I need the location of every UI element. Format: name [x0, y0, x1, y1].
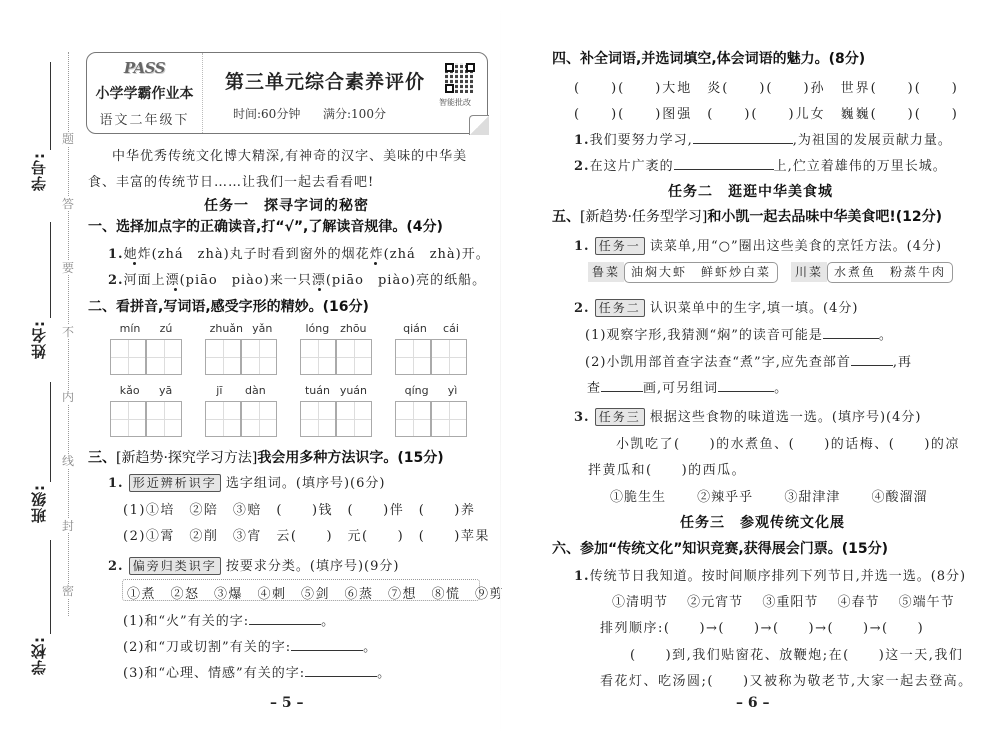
answer-blank[interactable] [601, 380, 643, 392]
question-5-sub-2-line-2: (2)小凯用部首查字法查“煮”字,应先查部首,再 [585, 351, 912, 370]
festival-options: ①清明节 ②元宵节 ③重阳节 ④春节 ⑤端午节 [612, 591, 955, 610]
menu-chuan-cuisine: 川菜水煮鱼 粉蒸牛肉 [791, 262, 953, 283]
brand-panel: PASS 小学学霸作业本 语文二年级下 [87, 53, 203, 133]
menu-lu-cuisine: 鲁菜油焖大虾 鲜虾炒白菜 [588, 262, 778, 283]
seal-char: 封 [61, 519, 75, 533]
seal-char: 线 [61, 454, 75, 468]
grid-cell[interactable] [241, 339, 277, 375]
full-score: 满分:100分 [323, 105, 386, 122]
festival-fill-line-1: ( )到,我们贴窗花、放鞭炮;在( )这一天,我们 [630, 644, 963, 663]
seal-char: 答 [61, 197, 75, 211]
idiom-row-1: ( )( )大地 炎( )( )孙 世界( )( ) [574, 77, 959, 96]
question-4-heading: 四、补全词语,并选词填空,体会词语的魅力。(8分) [552, 48, 865, 68]
grid-cell[interactable] [300, 401, 336, 437]
grid-cell[interactable] [110, 401, 146, 437]
time-limit: 时间:60分钟 [233, 105, 300, 122]
qr-label: 智能批改 [439, 97, 471, 108]
answer-blank[interactable] [851, 354, 893, 366]
grid-cell[interactable] [431, 401, 467, 437]
task3-title: 任务三 参观传统文化展 [680, 512, 845, 532]
question-6-heading: 六、参加“传统文化”知识竞赛,获得展会门票。(15分) [552, 538, 888, 558]
school-line[interactable] [50, 540, 51, 634]
page-number-left: – 5 – [270, 695, 304, 711]
grid-cell[interactable] [146, 401, 182, 437]
question-5-sub-2-line-1: (1)观察字形,我猜测“焖”的读音可能是。 [585, 324, 893, 343]
page-title: 第三单元综合素养评价 [225, 67, 425, 94]
answer-blank[interactable] [718, 380, 774, 392]
answer-blank[interactable] [674, 158, 774, 170]
page-gutter [500, 0, 501, 744]
name-line[interactable] [50, 222, 51, 318]
question-5-heading: 五、[新趋势·任务型学习]和小凯一起去品味中华美食吧!(12分) [552, 206, 942, 226]
answer-blank[interactable] [693, 132, 793, 144]
emphasis-dot [133, 262, 136, 265]
emphasis-dot [318, 288, 321, 291]
grid-cell[interactable] [336, 401, 372, 437]
question-6-sub-1: 1.传统节日我知道。按时间顺序排列下列节日,并选一选。(8分) [574, 565, 966, 584]
seal-char: 内 [61, 390, 75, 404]
answer-blank[interactable] [249, 613, 321, 625]
grid-cell[interactable] [336, 339, 372, 375]
menu-label: 鲁菜 [588, 262, 624, 282]
seal-char: 题 [61, 132, 75, 146]
intro-text-line2: 食、丰富的传统节日……让我们一起去看看吧! [88, 171, 374, 190]
question-5-sub-3-line-1: 小凯吃了( )的水煮鱼、( )的话梅、( )的凉 [616, 433, 960, 452]
question-5-sub-2: 2. 任务二 认识菜单中的生字,填一填。(4分) [574, 297, 858, 317]
grid-cell[interactable] [205, 401, 241, 437]
task-tag: 任务二 [595, 299, 645, 317]
header-card: PASS 小学学霸作业本 语文二年级下 第三单元综合素养评价 时间:60分钟 满… [86, 52, 488, 134]
festival-order: 排列顺序:( )→( )→( )→( )→( ) [600, 617, 924, 636]
brand-name: 小学学霸作业本 [87, 83, 202, 103]
question-3-sub-1: 1. 形近辨析识字 选字组词。(填序号)(6分) [108, 472, 385, 492]
school-label: 学校: [28, 636, 49, 675]
task2-title: 任务二 逛逛中华美食城 [668, 181, 833, 201]
menu-label: 川菜 [791, 262, 827, 282]
grid-cell[interactable] [300, 339, 336, 375]
knife-related-prompt: (2)和“刀或切割”有关的字:。 [123, 636, 377, 655]
fire-related-prompt: (1)和“火”有关的字:。 [123, 610, 335, 629]
menu-items: 水煮鱼 粉蒸牛肉 [827, 262, 953, 283]
question-4-sentence-2: 2.在这片广袤的上,伫立着雄伟的万里长城。 [574, 155, 947, 174]
character-options: ①煮 ②怒 ③爆 ④刺 ⑤剑 ⑥蒸 ⑦想 ⑧慌 ⑨剪 [127, 583, 504, 602]
method-tag: 偏旁归类识字 [129, 557, 221, 575]
emphasis-dot [174, 288, 177, 291]
answer-blank[interactable] [823, 327, 879, 339]
question-5-sub-3: 3. 任务三 根据这些食物的味道选一选。(填序号)(4分) [574, 406, 921, 426]
class-line[interactable] [50, 382, 51, 482]
question-1-item-1: 1.她炸(zhá zhà)丸子时看到窗外的烟花炸(zhá zhà)开。 [108, 243, 490, 262]
seal-char: 要 [61, 261, 75, 275]
question-5-sub-2-line-3: 查画,可另组词。 [587, 377, 788, 396]
student-id-line[interactable] [50, 62, 51, 150]
answer-blank[interactable] [305, 665, 377, 677]
seal-char: 密 [61, 584, 75, 598]
question-3-sub-2: 2. 偏旁归类识字 按要求分类。(填序号)(9分) [108, 555, 399, 575]
taste-options: ①脆生生 ②辣乎乎 ③甜津津 ④酸溜溜 [610, 486, 927, 505]
grid-cell[interactable] [110, 339, 146, 375]
question-3-sub-1-line-2: (2)①霄 ②削 ③宵 云( ) 元( ) ( )苹果 [123, 525, 490, 544]
page-number-right: – 6 – [736, 695, 770, 711]
subject-grade: 语文二年级下 [87, 109, 202, 128]
seal-char: 不 [61, 325, 75, 339]
intro-text-line1: 中华优秀传统文化博大精深,有神奇的汉字、美味的中华美 [112, 145, 467, 164]
name-label: 姓名: [28, 320, 49, 359]
pass-logo: PASS [87, 59, 202, 77]
question-3-sub-1-line-1: (1)①培 ②陪 ③赔 ( )钱 ( )伴 ( )养 [123, 499, 475, 518]
question-4-sentence-1: 1.我们要努力学习,,为祖国的发展贡献力量。 [574, 129, 952, 148]
task-tag: 任务一 [595, 237, 645, 255]
answer-blank[interactable] [291, 639, 363, 651]
question-5-sub-3-line-2: 拌黄瓜和( )的西瓜。 [588, 459, 746, 478]
grid-cell[interactable] [395, 401, 431, 437]
method-tag: 形近辨析识字 [129, 474, 221, 492]
emotion-related-prompt: (3)和“心理、情感”有关的字:。 [123, 662, 391, 681]
task-tag: 任务三 [595, 408, 645, 426]
emphasis-dot [374, 262, 377, 265]
grid-cell[interactable] [146, 339, 182, 375]
idiom-row-2: ( )( )图强 ( )( )儿女 巍巍( )( ) [574, 103, 959, 122]
grid-cell[interactable] [431, 339, 467, 375]
student-id-label: 学号: [28, 152, 49, 191]
festival-fill-line-2: 看花灯、吃汤圆;( )又被称为敬老节,大家一起去登高。 [600, 670, 973, 689]
grid-cell[interactable] [395, 339, 431, 375]
page-fold-icon [469, 115, 489, 135]
task1-title: 任务一 探寻字词的秘密 [204, 195, 369, 215]
question-2-heading: 二、看拼音,写词语,感受字形的精妙。(16分) [88, 296, 369, 316]
question-1-item-2: 2.河面上漂(piāo piào)来一只漂(piāo piào)亮的纸船。 [108, 269, 486, 288]
question-5-sub-1: 1. 任务一 读菜单,用“○”圈出这些美食的烹饪方法。(4分) [574, 235, 942, 255]
class-label: 班级: [28, 484, 49, 523]
menu-items: 油焖大虾 鲜虾炒白菜 [624, 262, 778, 283]
grid-cell[interactable] [205, 339, 241, 375]
grid-cell[interactable] [241, 401, 277, 437]
question-1-heading: 一、选择加点字的正确读音,打“√”,了解读音规律。(4分) [88, 216, 443, 236]
question-3-heading: 三、[新趋势·探究学习方法]我会用多种方法识字。(15分) [88, 447, 444, 467]
